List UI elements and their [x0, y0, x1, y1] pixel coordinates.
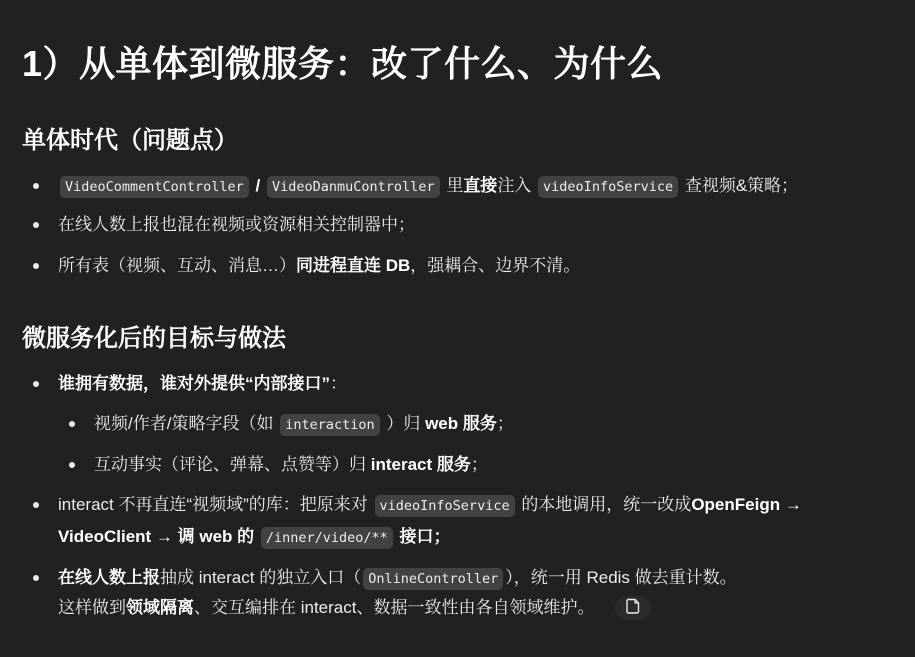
- bullet-icon: [33, 575, 39, 581]
- list-item: 在线人数上报抽成 interact 的独立入口（OnlineController…: [58, 566, 737, 591]
- list-item: interact 不再直连“视频域”的库：把原来对 videoInfoServi…: [58, 493, 802, 518]
- bullet-icon: [33, 183, 39, 189]
- bullet-icon: [33, 381, 39, 387]
- section-heading-monolith: 单体时代（问题点）: [22, 120, 238, 155]
- inline-code: videoInfoService: [375, 495, 515, 517]
- list-item-continuation: VideoClient → 调 web 的 /inner/video/** 接口…: [58, 525, 451, 550]
- list-item: 所有表（视频、互动、消息…）同进程直连 DB，强耦合、边界不清。: [58, 254, 580, 278]
- bullet-icon: [69, 421, 75, 427]
- bullet-icon: [69, 462, 75, 468]
- copy-button[interactable]: [615, 596, 651, 620]
- inline-code: /inner/video/**: [261, 527, 393, 549]
- list-item: 在线人数上报也混在视频或资源相关控制器中；: [58, 213, 415, 237]
- bullet-icon: [33, 222, 39, 228]
- section-heading-microservices: 微服务化后的目标与做法: [22, 318, 286, 353]
- list-item: VideoCommentController / VideoDanmuContr…: [58, 174, 798, 199]
- nested-list-item: 视频/作者/策略字段（如 interaction ）归 web 服务；: [94, 412, 514, 437]
- inline-code: VideoCommentController: [60, 176, 249, 198]
- list-item-continuation: 这样做到领域隔离、交互编排在 interact、数据一致性由各自领域维护。: [58, 596, 594, 620]
- list-item: 谁拥有数据，谁对外提供“内部接口”：: [58, 372, 347, 396]
- bullet-icon: [33, 502, 39, 508]
- inline-code: videoInfoService: [538, 176, 678, 198]
- bullet-icon: [33, 263, 39, 269]
- nested-list-item: 互动事实（评论、弹幕、点赞等）归 interact 服务；: [94, 453, 488, 477]
- page-title: 1）从单体到微服务：改了什么、为什么: [22, 36, 663, 87]
- inline-code: VideoDanmuController: [267, 176, 440, 198]
- inline-code: OnlineController: [363, 568, 503, 590]
- copy-icon: [626, 598, 640, 619]
- inline-code: interaction: [280, 414, 379, 436]
